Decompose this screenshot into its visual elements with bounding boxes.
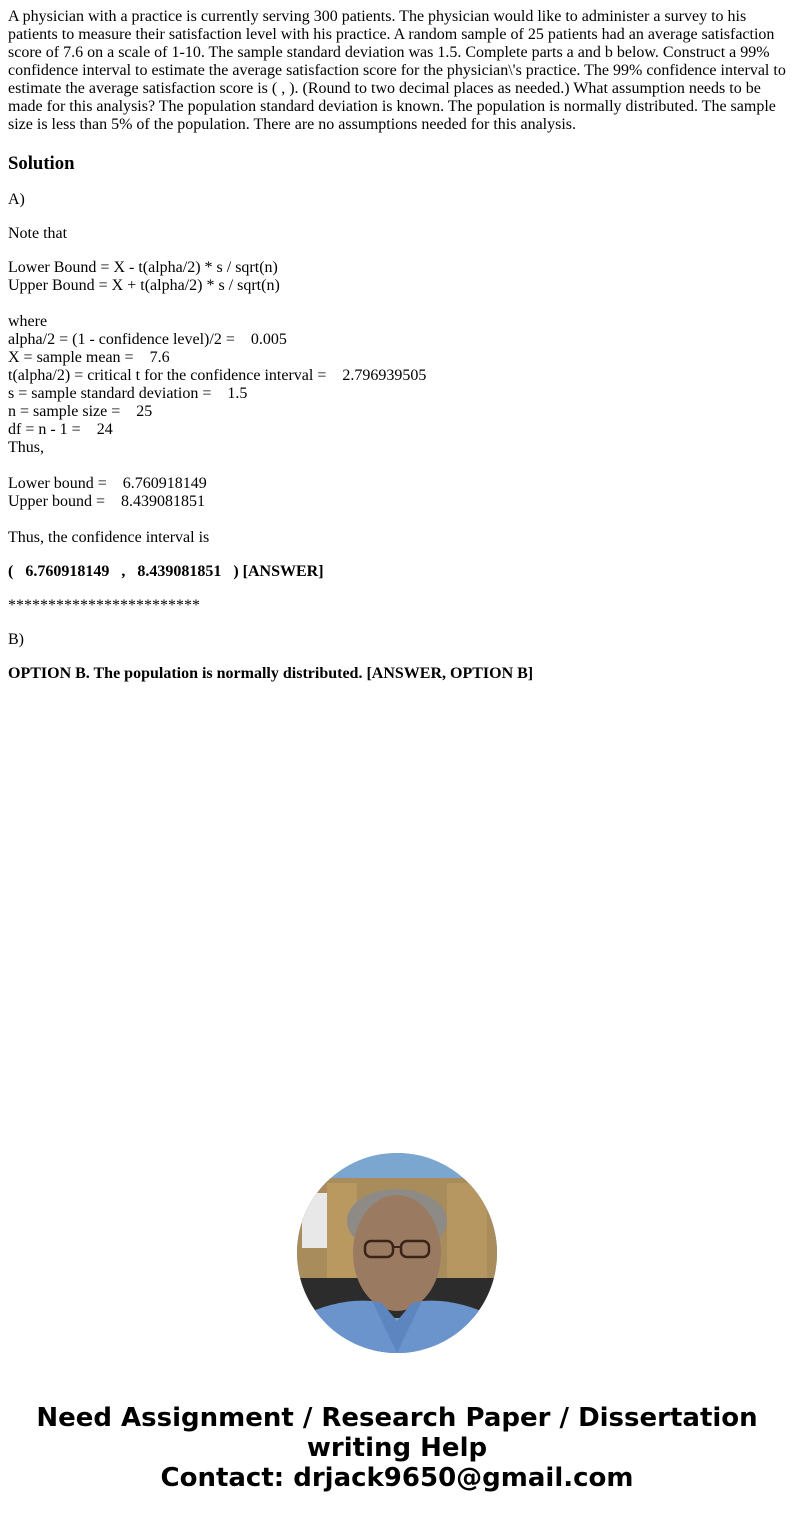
lower-bound-value: Lower bound = 6.760918149	[8, 475, 786, 493]
definition-mean: X = sample mean = 7.6	[8, 349, 786, 367]
upper-bound-formula: Upper Bound = X + t(alpha/2) * s / sqrt(…	[8, 277, 786, 295]
where-label: where	[8, 313, 786, 331]
solution-heading: Solution	[8, 153, 786, 175]
footer-contact-email: Contact: drjack9650@gmail.com	[0, 1463, 794, 1493]
contact-footer: Need Assignment / Research Paper / Disse…	[0, 1403, 794, 1493]
footer-line-2: writing Help	[0, 1433, 794, 1463]
separator: ************************	[8, 597, 786, 615]
interval-intro: Thus, the confidence interval is	[8, 529, 786, 547]
part-b-label: B)	[8, 631, 786, 649]
definition-s: s = sample standard deviation = 1.5	[8, 385, 786, 403]
lower-bound-formula: Lower Bound = X - t(alpha/2) * s / sqrt(…	[8, 259, 786, 277]
upper-bound-value: Upper bound = 8.439081851	[8, 493, 786, 511]
part-b-answer: OPTION B. The population is normally dis…	[8, 665, 786, 683]
person-photo-icon	[297, 1153, 497, 1353]
document: A physician with a practice is currently…	[0, 0, 794, 683]
author-avatar	[297, 1153, 497, 1353]
definition-t: t(alpha/2) = critical t for the confiden…	[8, 367, 786, 385]
footer-line-1: Need Assignment / Research Paper / Disse…	[0, 1403, 794, 1433]
formulas: Lower Bound = X - t(alpha/2) * s / sqrt(…	[8, 259, 786, 547]
definition-n: n = sample size = 25	[8, 403, 786, 421]
note-text: Note that	[8, 225, 786, 243]
thus-label: Thus,	[8, 439, 786, 457]
question-text: A physician with a practice is currently…	[8, 8, 786, 134]
part-a-label: A)	[8, 191, 786, 209]
interval-answer: ( 6.760918149 , 8.439081851 ) [ANSWER]	[8, 563, 786, 581]
definition-alpha: alpha/2 = (1 - confidence level)/2 = 0.0…	[8, 331, 786, 349]
definition-df: df = n - 1 = 24	[8, 421, 786, 439]
